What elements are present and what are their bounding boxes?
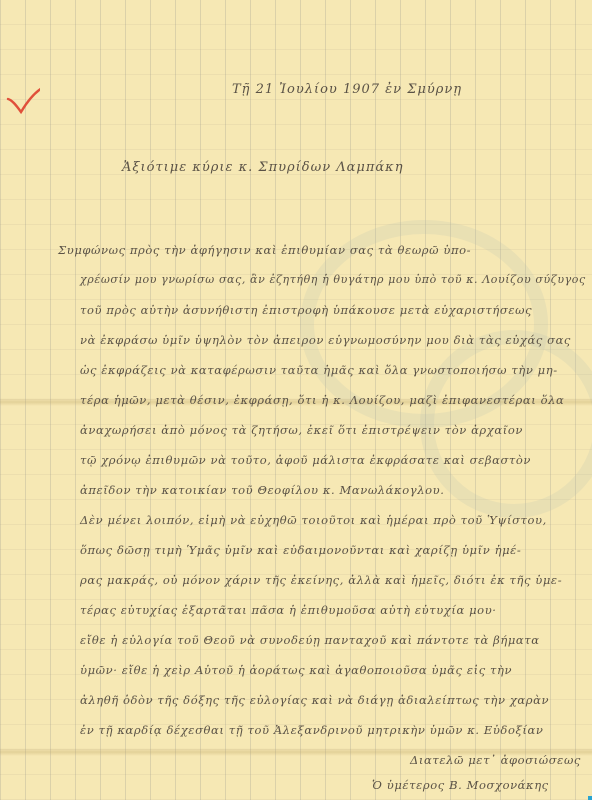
body-line: ἀληθῆ ὁδὸν τῆς δόξης τῆς εὐλογίας καὶ νὰ… [80, 693, 549, 707]
body-line: νὰ ἐκφράσω ὑμῖν ὑψηλὸν τὸν ἀπειρον εὐγνω… [80, 333, 571, 347]
body-line: τοῦ πρὸς αὐτὴν ἀσυνήθιστη ἐπιστροφὴ ὑπάκ… [80, 303, 532, 317]
body-line: ἀπεῖδον τὴν κατοικίαν τοῦ Θεοφίλου κ. Μα… [80, 483, 444, 497]
body-line: ἀναχωρήσει ἀπὸ μόνος τὰ ζητήσω, ἐκεῖ ὅτι… [80, 423, 523, 437]
salutation: Ἀξιότιμε κύριε κ. Σπυρίδων Λαμπάκη [122, 160, 403, 175]
body-line: ἐν τῇ καρδίᾳ δέχεσθαι τῇ τοῦ Ἀλεξανδρινο… [80, 723, 543, 737]
body-line: εἴθε ἡ εὐλογία τοῦ Θεοῦ νὰ συνοδεύῃ παντ… [80, 633, 540, 647]
body-line: Συμφώνως πρὸς τὴν ἀφήγησιν καὶ ἐπιθυμίαν… [58, 243, 471, 257]
body-line: τέρας εὐτυχίας ἐξαρτᾶται πᾶσα ἡ ἐπιθυμοῦ… [80, 603, 497, 617]
body-line: ὡς ἐκφράζεις νὰ καταφέρωσιν ταῦτα ἡμᾶς κ… [80, 363, 558, 377]
letter-page: Τῇ 21 Ἰουλίου 1907 ἐν Σμύρνῃ Ἀξιότιμε κύ… [0, 0, 592, 800]
body-line: ὑμῶν· εἴθε ἡ χεὶρ Αὐτοῦ ἡ ἀοράτως καὶ ἀγ… [80, 663, 512, 677]
date-line: Τῇ 21 Ἰουλίου 1907 ἐν Σμύρνῃ [232, 82, 462, 97]
scan-edge [588, 796, 592, 800]
body-line: χρέωσίν μου γνωρίσω σας, ἂν ἐζητήθη ἡ θυ… [80, 273, 586, 286]
check-mark-icon [6, 85, 40, 115]
closing: Διατελῶ μετ᾽ ἀφοσιώσεως [410, 753, 581, 767]
body-line: τέρα ἡμῶν, μετὰ θέσιν, ἐκφράσῃ, ὅτι ἡ κ.… [80, 393, 564, 407]
body-line: ὅπως δῶσῃ τιμὴ Ὑμᾶς ὑμῖν καὶ εὐδαιμονοῦν… [80, 543, 521, 557]
signature: Ὁ ὑμέτερος Β. Μοσχονάκης [372, 778, 549, 792]
body-line: τῷ χρόνῳ ἐπιθυμῶν νὰ τοῦτο, ἀφοῦ μάλιστα… [80, 453, 531, 467]
body-line: Δὲν μένει λοιπόν, εἰμὴ νὰ εὐχηθῶ τοιοῦτο… [80, 513, 547, 527]
body-line: ρας μακράς, οὐ μόνον χάριν τῆς ἐκείνης, … [80, 573, 562, 587]
